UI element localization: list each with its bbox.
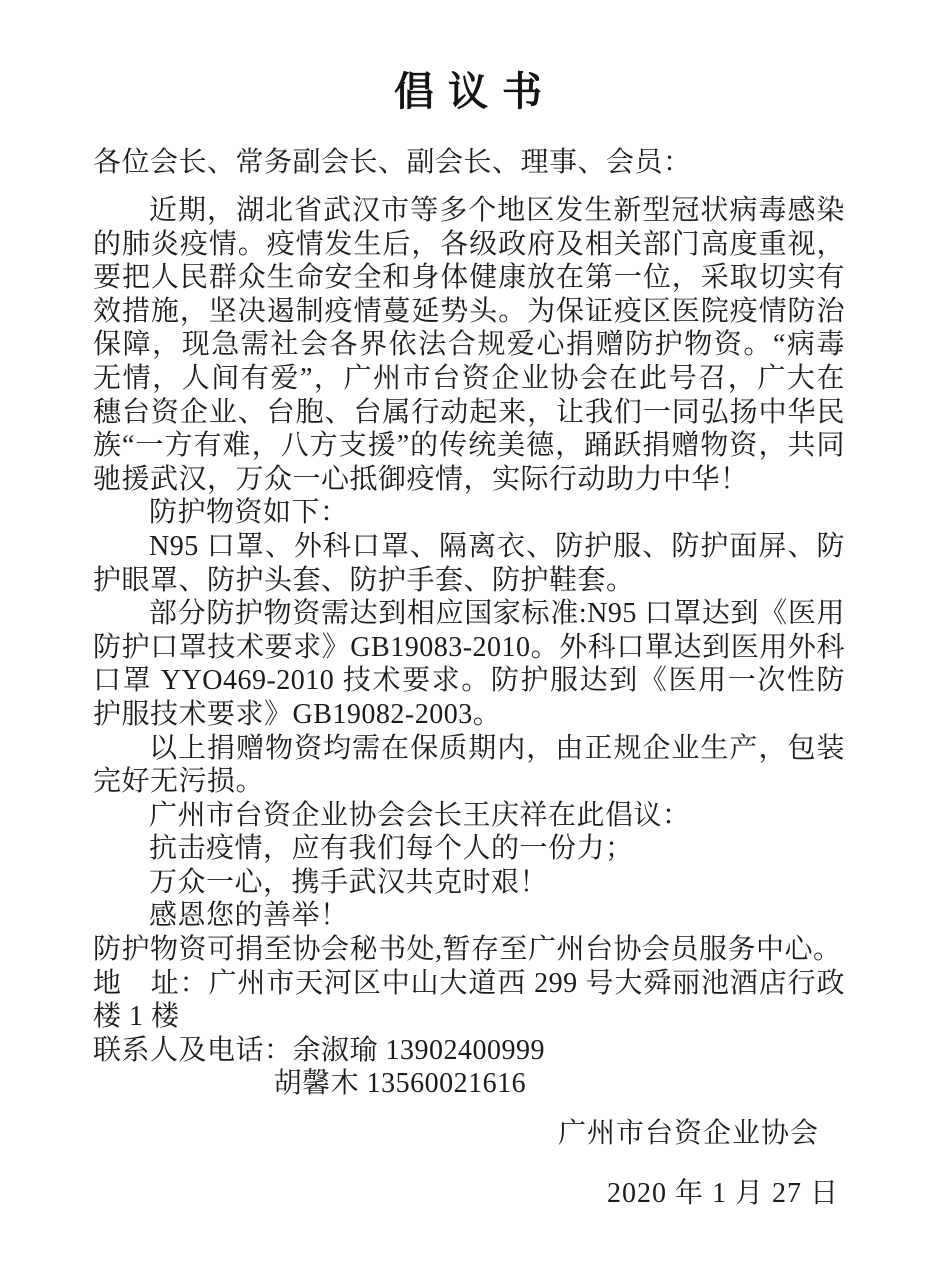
paragraph: 部分防护物资需达到相应国家标准:N95 口罩达到《医用防护口罩技术要求》GB19… bbox=[93, 597, 845, 731]
signature-date: 2020 年 1 月 27 日 bbox=[93, 1177, 839, 1211]
paragraph: 防护物资如下： bbox=[93, 496, 845, 530]
paragraph: 万众一心，携手武汉共克时艰！ bbox=[93, 866, 845, 900]
paragraph: 广州市台资企业协会会长王庆祥在此倡议： bbox=[93, 799, 845, 833]
document-title: 倡 议 书 bbox=[93, 64, 845, 120]
paragraph: 以上捐赠物资均需在保质期内，由正规企业生产，包装完好无污损。 bbox=[93, 732, 845, 799]
paragraph: 抗击疫情，应有我们每个人的一份力； bbox=[93, 832, 845, 866]
paragraph: 胡馨木 13560021616 bbox=[274, 1067, 845, 1101]
signature-organization: 广州市台资企业协会 bbox=[93, 1117, 819, 1151]
paragraph: 联系人及电话：余淑瑜 13902400999 bbox=[93, 1034, 845, 1068]
paragraph: 防护物资可捐至协会秘书处,暂存至广州台协会员服务中心。 bbox=[93, 933, 845, 967]
paragraph: N95 口罩、外科口罩、隔离衣、防护服、防护面屏、防护眼罩、防护头套、防护手套、… bbox=[93, 530, 845, 597]
paragraph: 近期，湖北省武汉市等多个地区发生新型冠状病毒感染的肺炎疫情。疫情发生后，各级政府… bbox=[93, 194, 845, 496]
paragraph: 感恩您的善举！ bbox=[93, 899, 845, 933]
salutation-line: 各位会长、常务副会长、副会长、理事、会员： bbox=[93, 146, 845, 180]
paragraph: 地 址：广州市天河区中山大道西 299 号大舜丽池酒店行政楼 1 楼 bbox=[93, 967, 845, 1034]
document-body: 近期，湖北省武汉市等多个地区发生新型冠状病毒感染的肺炎疫情。疫情发生后，各级政府… bbox=[93, 194, 845, 1101]
proposal-letter-page: 倡 议 书 各位会长、常务副会长、副会长、理事、会员： 近期，湖北省武汉市等多个… bbox=[0, 0, 945, 1274]
